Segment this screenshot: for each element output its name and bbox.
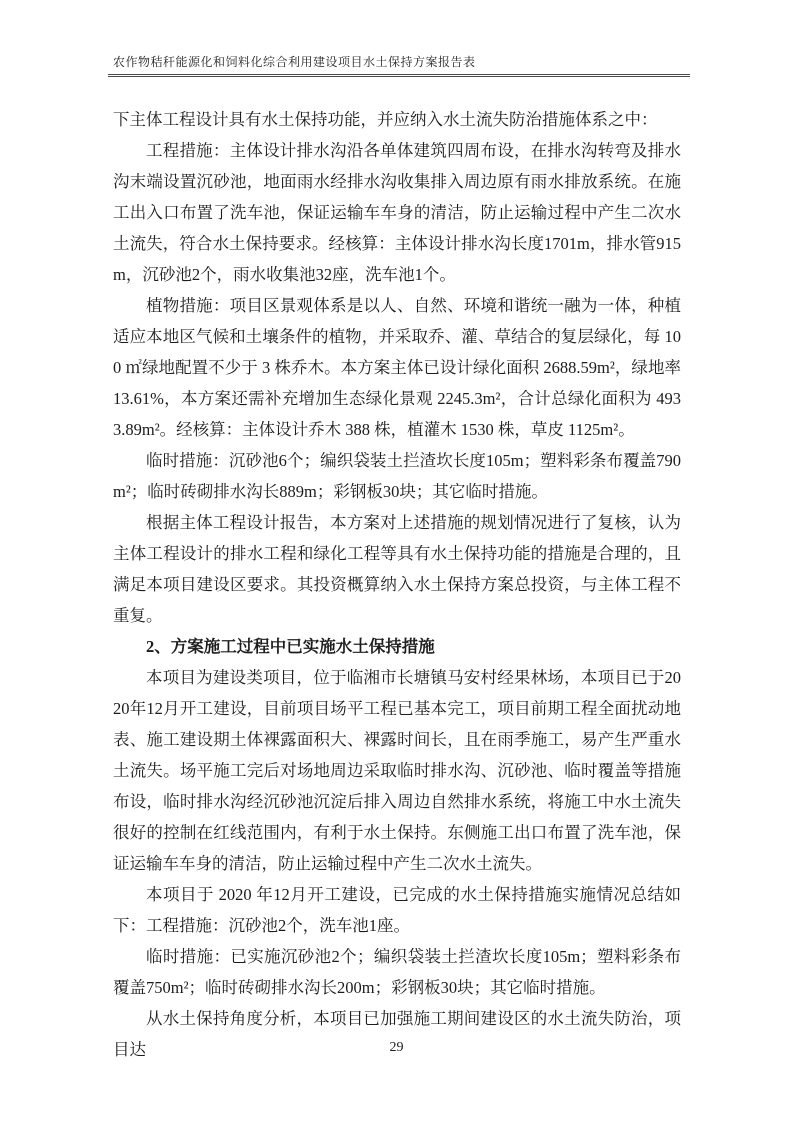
- page-footer: 29: [0, 1038, 793, 1056]
- paragraph: 植物措施：项目区景观体系是以人、自然、环境和谐统一融为一体，种植适应本地区气候和…: [113, 290, 681, 445]
- document-page: 农作物秸秆能源化和饲料化综合利用建设项目水土保持方案报告表 下主体工程设计具有水…: [0, 0, 793, 1122]
- header-title: 农作物秸秆能源化和饲料化综合利用建设项目水土保持方案报告表: [108, 53, 690, 70]
- paragraph: 工程措施：主体设计排水沟沿各单体建筑四周布设，在排水沟转弯及排水沟末端设置沉砂池…: [113, 135, 681, 290]
- paragraph: 本项目为建设类项目，位于临湘市长塘镇马安村经果林场，本项目已于2020年12月开…: [113, 662, 681, 879]
- paragraph: 临时措施：已实施沉砂池2个；编织袋装土拦渣坎长度105m；塑料彩条布覆盖750m…: [113, 941, 681, 1003]
- paragraph: 本项目于 2020 年12月开工建设，已完成的水土保持措施实施情况总结如下：工程…: [113, 879, 681, 941]
- page-number: 29: [390, 1040, 404, 1055]
- paragraph: 下主体工程设计具有水土保持功能，并应纳入水土流失防治措施体系之中：: [113, 104, 681, 135]
- document-body: 下主体工程设计具有水土保持功能，并应纳入水土流失防治措施体系之中：工程措施：主体…: [113, 104, 681, 1065]
- paragraph: 临时措施：沉砂池6个；编织袋装土拦渣坎长度105m；塑料彩条布覆盖790m²；临…: [113, 445, 681, 507]
- section-heading: 2、方案施工过程中已实施水土保持措施: [113, 631, 681, 662]
- page-header: 农作物秸秆能源化和饲料化综合利用建设项目水土保持方案报告表: [108, 53, 690, 77]
- paragraph: 根据主体工程设计报告，本方案对上述措施的规划情况进行了复核，认为主体工程设计的排…: [113, 507, 681, 631]
